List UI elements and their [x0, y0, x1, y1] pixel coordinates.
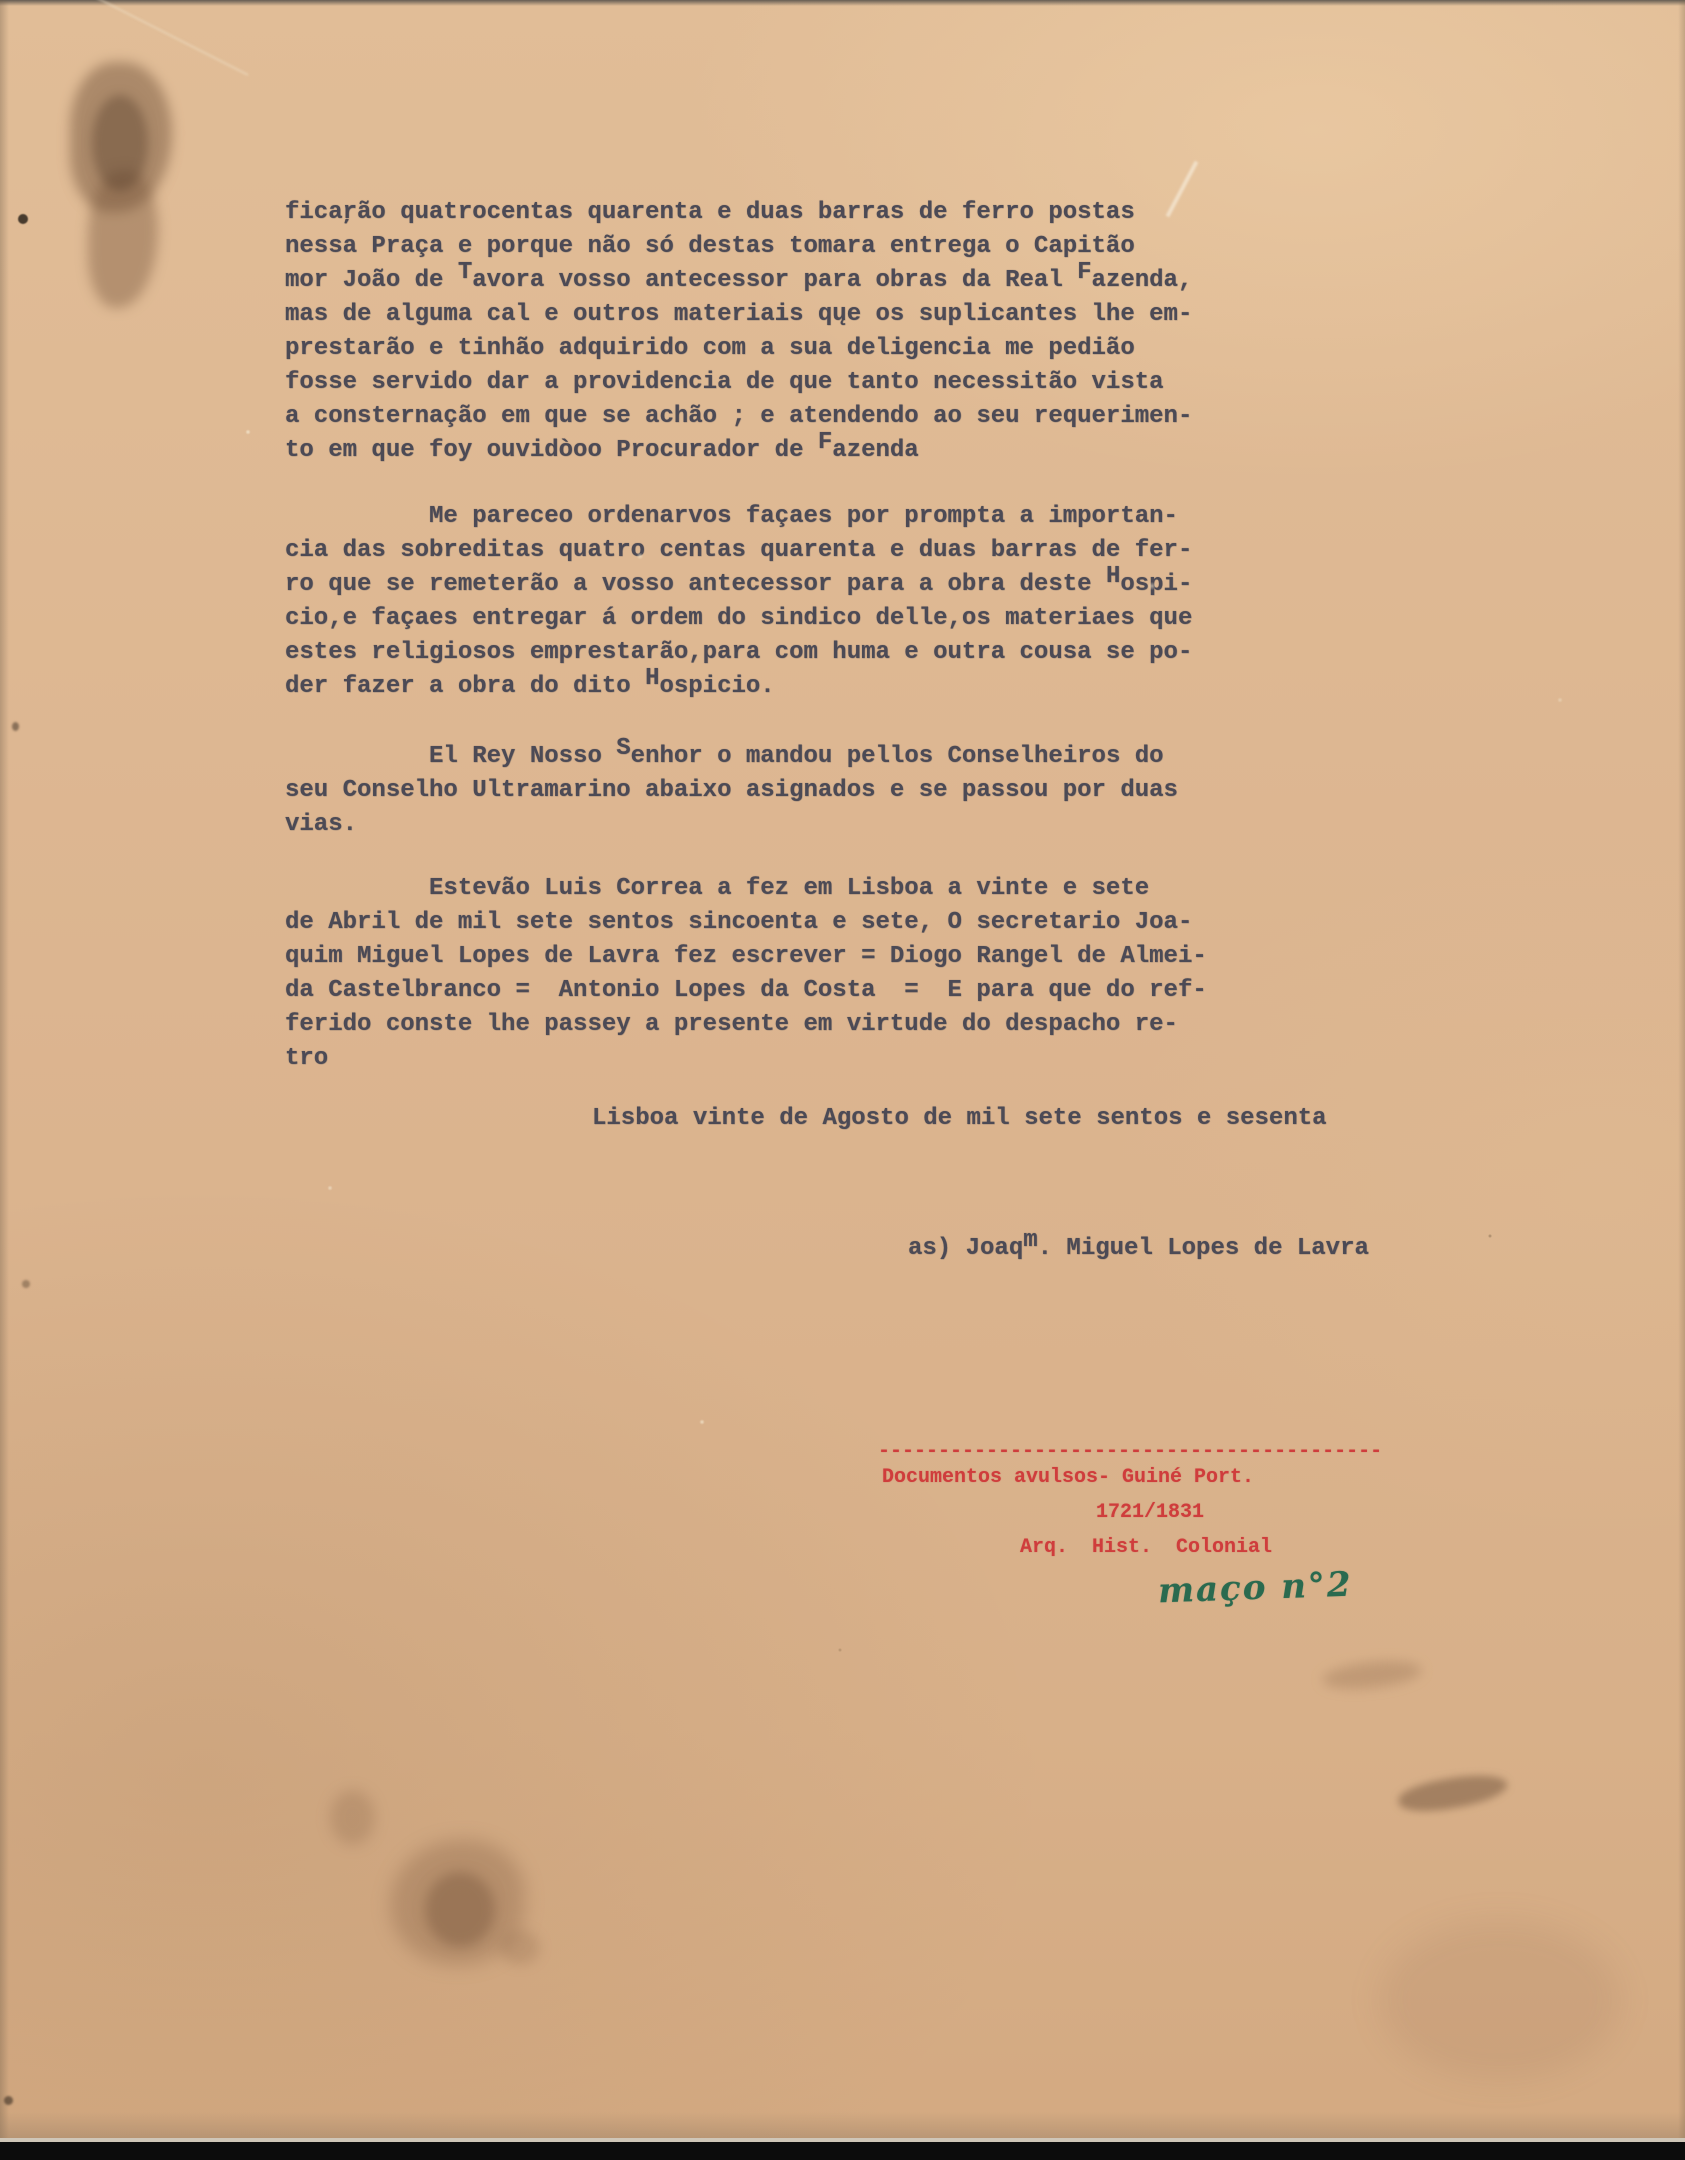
typed-line: mor João de Tavora vosso antecessor para…	[285, 264, 1192, 298]
paper-speck	[12, 722, 19, 731]
smudge-right	[1380, 1920, 1620, 2080]
typed-line: prestarão e tinhão adquirido com a sua d…	[285, 332, 1192, 366]
raised-glyph: H	[645, 665, 659, 692]
paper-speck	[22, 1280, 30, 1288]
typed-line: Estevão Luis Correa a fez em Lisboa a vi…	[285, 872, 1207, 906]
stamp-date-range: 1721/1831	[1096, 1501, 1204, 1525]
typed-line: Lisboa vinte de Agosto de mil sete sento…	[592, 1102, 1327, 1136]
typed-line: El Rey Nosso Senhor o mandou pellos Cons…	[285, 740, 1178, 774]
stamp-dashed-line: ----------------------------------------…	[878, 1440, 1382, 1464]
typed-line: vias.	[285, 808, 1178, 842]
raised-glyph: T	[458, 259, 472, 286]
typed-line: cio,e façaes entregar á ordem do sindico…	[285, 602, 1192, 636]
typed-line: ro que se remeterão a vosso antecessor p…	[285, 568, 1192, 602]
raised-glyph: F	[1077, 259, 1091, 286]
typed-line: nessa Praça e porque não só destas tomar…	[285, 230, 1192, 264]
scan-edge-top	[0, 0, 1685, 6]
typed-line: da Castelbranco = Antonio Lopes da Costa…	[285, 974, 1207, 1008]
paper-crease	[52, 0, 249, 76]
typed-paragraph: ficaŗão quatrocentas quarenta e duas bar…	[285, 196, 1192, 468]
handwritten-note: maço n°2	[1157, 1565, 1353, 1612]
typed-line: estes religiosos emprestarão,para com hu…	[285, 636, 1192, 670]
typed-line: as) Joaqm. Miguel Lopes de Lavra	[908, 1232, 1369, 1266]
typed-line: mas de alguma cal e outros materiais qųe…	[285, 298, 1192, 332]
raised-glyph: H	[1106, 563, 1120, 590]
typed-line: de Abril de mil sete sentos sincoenta e …	[285, 906, 1207, 940]
stain-bottom-center	[390, 1840, 525, 1965]
scan-edge-left	[0, 0, 9, 2160]
smudge-right	[1396, 1769, 1510, 1818]
typed-paragraph: El Rey Nosso Senhor o mandou pellos Cons…	[285, 740, 1178, 842]
scan-edge-right	[1678, 0, 1685, 2160]
raised-glyph: S	[616, 735, 630, 762]
typed-paragraph: Estevão Luis Correa a fez em Lisboa a vi…	[285, 872, 1207, 1076]
stain-bottom-center	[330, 1790, 375, 1845]
typed-line: ficaŗão quatrocentas quarenta e duas bar…	[285, 196, 1192, 230]
smudge-right	[1321, 1657, 1423, 1693]
typed-paragraph: Lisboa vinte de Agosto de mil sete sento…	[592, 1102, 1327, 1136]
ink-stain-top-left	[70, 62, 172, 212]
typed-line: a consternação em que se achão ; e atend…	[285, 400, 1192, 434]
typed-line: ferido conste lhe passey a presente em v…	[285, 1008, 1207, 1042]
paper-speck	[18, 214, 28, 224]
stain-bottom-center	[425, 1872, 495, 1947]
scan-edge-bottom-black	[0, 2142, 1685, 2160]
stain-bottom-center	[500, 1930, 540, 1965]
ink-stain-top-left	[88, 170, 158, 308]
scanned-document-page: ficaŗão quatrocentas quarenta e duas bar…	[0, 0, 1685, 2160]
raised-glyph: m	[1023, 1227, 1037, 1254]
typed-line: tro	[285, 1042, 1207, 1076]
stamp-archive-name: Arq. Hist. Colonial	[1020, 1536, 1272, 1560]
ink-stain-top-left	[92, 95, 148, 191]
raised-glyph: F	[818, 429, 832, 456]
stamp-collection-label: Documentos avulsos- Guiné Port.	[882, 1466, 1254, 1490]
typed-line: to em que foy ouvidòoo Procurador de Faz…	[285, 434, 1192, 468]
typed-line: cia das sobreditas quatro centas quarent…	[285, 534, 1192, 568]
typed-line: fosse servido dar a providencia de que t…	[285, 366, 1192, 400]
scan-edge-bottom	[0, 2112, 1685, 2140]
paper-speck	[4, 2096, 13, 2105]
scan-edge-bottom-line	[0, 2138, 1685, 2143]
typed-paragraph: Me pareceo ordenarvos façaes por prompta…	[285, 500, 1192, 704]
typed-line: seu Conselho Ultramarino abaixo asignado…	[285, 774, 1178, 808]
typed-line: quim Miguel Lopes de Lavra fez escrever …	[285, 940, 1207, 974]
typed-line: der fazer a obra do dito Hospicio.	[285, 670, 1192, 704]
typed-line: Me pareceo ordenarvos façaes por prompta…	[285, 500, 1192, 534]
typed-paragraph: as) Joaqm. Miguel Lopes de Lavra	[908, 1232, 1369, 1266]
